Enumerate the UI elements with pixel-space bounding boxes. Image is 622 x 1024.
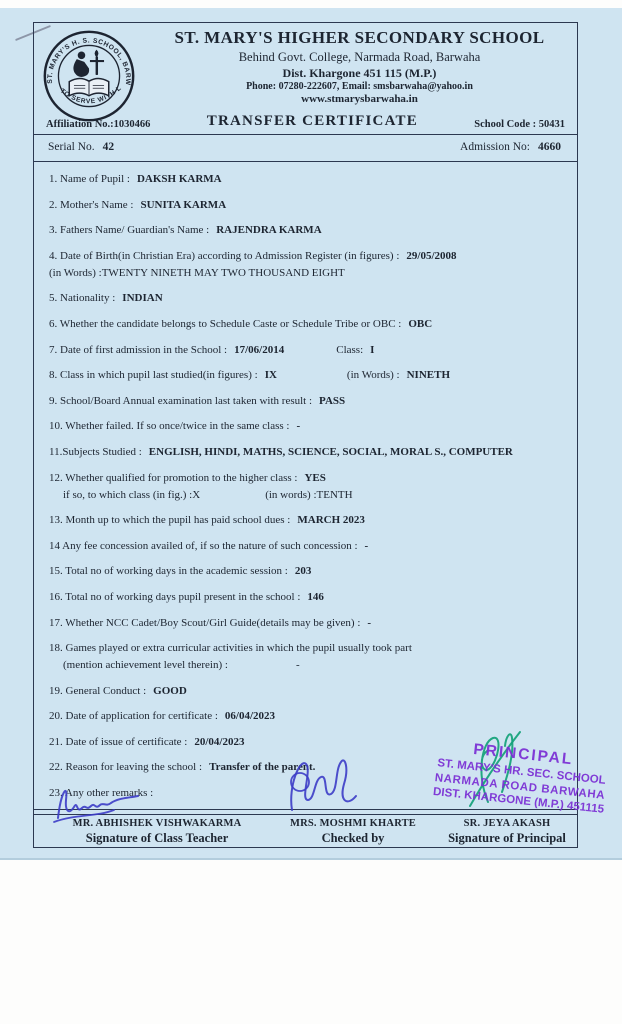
school-code: School Code : 50431: [474, 119, 565, 130]
school-address-line2: Dist. Khargone 451 115 (M.P.): [146, 66, 573, 80]
field-label: Class:: [336, 344, 363, 356]
field-label: (in Words) :: [347, 369, 400, 381]
field-label: 15. Total no of working days in the acad…: [49, 565, 288, 577]
field-general-conduct: 19. General Conduct :GOOD: [49, 684, 571, 699]
field-nationality: 5. Nationality :INDIAN: [49, 291, 571, 306]
field-value: 146: [307, 591, 324, 603]
field-value: 06/04/2023: [225, 710, 275, 722]
school-seal-icon: ST. MARY'S H. S. SCHOOL, BARWAHA M.P. TO…: [42, 29, 136, 123]
field-value: SUNITA KARMA: [140, 199, 226, 211]
field-promotion-qualified: 12. Whether qualified for promotion to t…: [49, 471, 571, 486]
field-label: 21. Date of issue of certificate :: [49, 736, 187, 748]
school-contact-line: Phone: 07280-222607, Email: smsbarwaha@y…: [146, 81, 573, 93]
field-working-days-session: 15. Total no of working days in the acad…: [49, 564, 571, 579]
serial-admission-row: Serial No.42 Admission No:4660: [34, 135, 577, 162]
class-teacher-title: Signature of Class Teacher: [48, 831, 266, 846]
field-label: 6. Whether the candidate belongs to Sche…: [49, 318, 401, 330]
field-subjects-studied: 11.Subjects Studied :ENGLISH, HINDI, MAT…: [49, 445, 571, 460]
field-first-admission: 7. Date of first admission in the School…: [49, 343, 571, 358]
field-class-last-studied: 8. Class in which pupil last studied(in …: [49, 368, 571, 383]
field-promotion-class: if so, to which class (in fig.) :X(in wo…: [63, 488, 571, 503]
field-value: X: [192, 489, 200, 501]
certificate-header: ST. MARY'S H. S. SCHOOL, BARWAHA M.P. TO…: [34, 23, 577, 135]
admission-number: Admission No:4660: [460, 141, 561, 161]
school-website: www.stmarysbarwaha.in: [146, 93, 573, 106]
serial-value: 42: [103, 141, 115, 153]
field-label: 16. Total no of working days pupil prese…: [49, 591, 300, 603]
serial-number: Serial No.42: [48, 141, 114, 161]
field-label: 20. Date of application for certificate …: [49, 710, 218, 722]
class-teacher-signature-block: MR. ABHISHEK VISHWAKARMA Signature of Cl…: [48, 818, 266, 846]
field-value: PASS: [319, 395, 345, 407]
field-value: 29/05/2008: [406, 250, 456, 262]
field-value: NINETH: [407, 369, 450, 381]
field-label: 5. Nationality :: [49, 292, 115, 304]
checked-by-signature-block: MRS. MOSHMI KHARTE Checked by: [272, 818, 434, 846]
field-label: (in Words) :: [49, 267, 102, 279]
affiliation-row: Affiliation No.:1030466 TRANSFER CERTIFI…: [34, 113, 577, 134]
field-value: TENTH: [317, 489, 353, 501]
field-value: 203: [295, 565, 312, 577]
field-value: -: [296, 659, 300, 671]
certificate-fields: 1. Name of Pupil :DAKSH KARMA 2. Mother'…: [34, 162, 577, 809]
field-label: 7. Date of first admission in the School…: [49, 344, 227, 356]
field-value: IX: [265, 369, 277, 381]
field-dues-paid-month: 13. Month up to which the pupil has paid…: [49, 513, 571, 528]
serial-label: Serial No.: [48, 141, 95, 153]
field-value: -: [365, 540, 369, 552]
field-value: 20/04/2023: [194, 736, 244, 748]
certificate-paper: ST. MARY'S H. S. SCHOOL, BARWAHA M.P. TO…: [0, 8, 622, 860]
school-name: ST. MARY'S HIGHER SECONDARY SCHOOL: [146, 28, 573, 48]
class-teacher-name: MR. ABHISHEK VISHWAKARMA: [48, 818, 266, 829]
field-caste-category: 6. Whether the candidate belongs to Sche…: [49, 317, 571, 332]
principal-title: Signature of Principal: [438, 831, 576, 846]
field-label: 22. Reason for leaving the school :: [49, 761, 202, 773]
field-label: 17. Whether NCC Cadet/Boy Scout/Girl Gui…: [49, 617, 360, 629]
affiliation-number: Affiliation No.:1030466: [46, 119, 150, 130]
field-value: -: [367, 617, 371, 629]
checked-by-title: Checked by: [272, 831, 434, 846]
field-name-of-pupil: 1. Name of Pupil :DAKSH KARMA: [49, 172, 571, 187]
admission-value: 4660: [538, 141, 561, 153]
seal-emblem: [69, 50, 108, 96]
field-dob-in-words: (in Words) :TWENTY NINETH MAY TWO THOUSA…: [49, 266, 571, 281]
field-mother-name: 2. Mother's Name :SUNITA KARMA: [49, 198, 571, 213]
field-games-activities: 18. Games played or extra curricular act…: [49, 641, 571, 656]
field-label: 1. Name of Pupil :: [49, 173, 130, 185]
field-date-of-birth: 4. Date of Birth(in Christian Era) accor…: [49, 249, 571, 264]
signature-row: MR. ABHISHEK VISHWAKARMA Signature of Cl…: [34, 815, 577, 848]
field-ncc-scout-guide: 17. Whether NCC Cadet/Boy Scout/Girl Gui…: [49, 616, 571, 631]
field-exam-result: 9. School/Board Annual examination last …: [49, 394, 571, 409]
field-value: MARCH 2023: [297, 514, 365, 526]
field-value: INDIAN: [122, 292, 162, 304]
school-address-line1: Behind Govt. College, Narmada Road, Barw…: [146, 50, 573, 65]
field-label: 2. Mother's Name :: [49, 199, 133, 211]
field-days-present: 16. Total no of working days pupil prese…: [49, 590, 571, 605]
field-label: 13. Month up to which the pupil has paid…: [49, 514, 290, 526]
principal-signature-block: SR. JEYA AKASH Signature of Principal: [438, 818, 576, 846]
field-label: if so, to which class (in fig.) :: [63, 489, 192, 501]
field-fee-concession: 14 Any fee concession availed of, if so …: [49, 539, 571, 554]
field-label: (mention achievement level therein) :: [63, 659, 228, 671]
field-value: GOOD: [153, 685, 187, 697]
field-label: 18. Games played or extra curricular act…: [49, 642, 412, 654]
field-value: 17/06/2014: [234, 344, 284, 356]
field-label: 11.Subjects Studied :: [49, 446, 142, 458]
scanned-transfer-certificate: ST. MARY'S H. S. SCHOOL, BARWAHA M.P. TO…: [0, 0, 622, 1024]
field-label: 23. Any other remarks :: [49, 787, 153, 799]
field-value: DAKSH KARMA: [137, 173, 222, 185]
field-value: TWENTY NINETH MAY TWO THOUSAND EIGHT: [102, 267, 345, 279]
admission-label: Admission No:: [460, 141, 530, 153]
svg-text:ST. MARY'S H. S. SCHOOL, BARWA: ST. MARY'S H. S. SCHOOL, BARWAHA M.P.: [42, 29, 131, 86]
seal-ring-text-top: ST. MARY'S H. S. SCHOOL, BARWAHA M.P.: [42, 29, 131, 86]
field-label: 9. School/Board Annual examination last …: [49, 395, 312, 407]
field-value: OBC: [408, 318, 432, 330]
field-label: 12. Whether qualified for promotion to t…: [49, 472, 297, 484]
field-label: (in words) :: [265, 489, 316, 501]
school-info-block: ST. MARY'S HIGHER SECONDARY SCHOOL Behin…: [146, 28, 573, 106]
certificate-frame: ST. MARY'S H. S. SCHOOL, BARWAHA M.P. TO…: [33, 22, 578, 848]
field-value: ENGLISH, HINDI, MATHS, SCIENCE, SOCIAL, …: [149, 446, 513, 458]
field-application-date: 20. Date of application for certificate …: [49, 709, 571, 724]
document-title: TRANSFER CERTIFICATE: [207, 113, 418, 130]
checked-by-name: MRS. MOSHMI KHARTE: [272, 818, 434, 829]
principal-name: SR. JEYA AKASH: [438, 818, 576, 829]
field-value: I: [370, 344, 374, 356]
field-label: 3. Fathers Name/ Guardian's Name :: [49, 224, 209, 236]
field-whether-failed: 10. Whether failed. If so once/twice in …: [49, 419, 571, 434]
field-label: 19. General Conduct :: [49, 685, 146, 697]
field-label: 14 Any fee concession availed of, if so …: [49, 540, 358, 552]
field-value: Transfer of the parent.: [209, 761, 315, 773]
field-label: 10. Whether failed. If so once/twice in …: [49, 420, 290, 432]
field-value: RAJENDRA KARMA: [216, 224, 321, 236]
field-achievement-level: (mention achievement level therein) :-: [63, 658, 571, 673]
field-value: -: [297, 420, 301, 432]
field-label: 8. Class in which pupil last studied(in …: [49, 369, 258, 381]
field-value: YES: [304, 472, 325, 484]
field-label: 4. Date of Birth(in Christian Era) accor…: [49, 250, 399, 262]
field-father-name: 3. Fathers Name/ Guardian's Name :RAJEND…: [49, 223, 571, 238]
